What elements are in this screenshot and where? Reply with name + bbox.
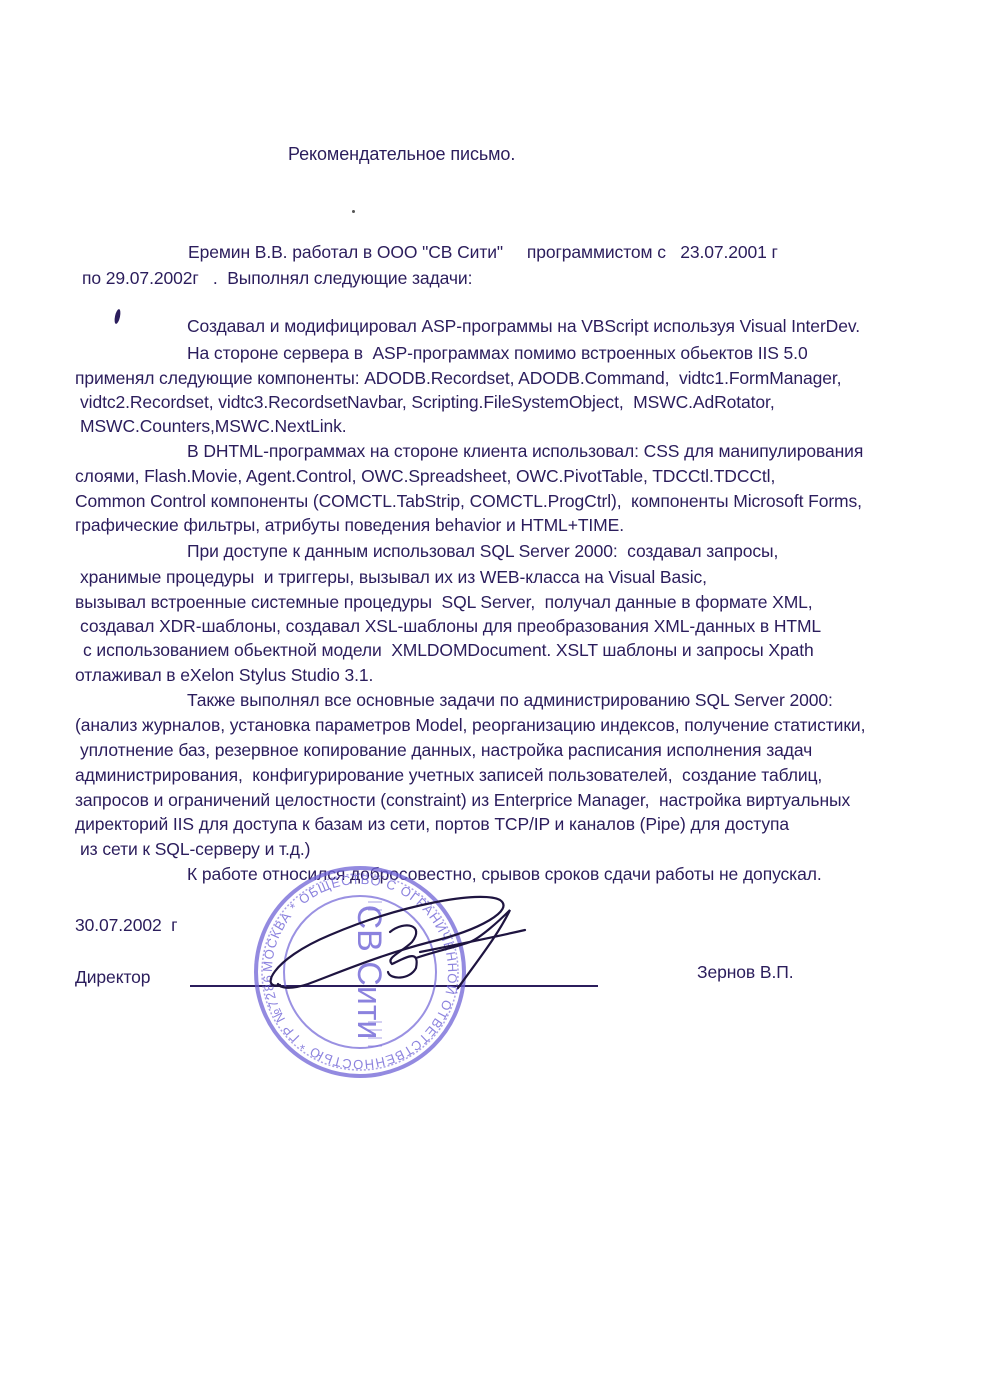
paragraph-line: применял следующие компоненты: ADODB.Rec… (75, 368, 841, 389)
intro-line-2: по 29.07.2002г . Выполнял следующие зада… (82, 268, 472, 289)
paragraph-line: На стороне сервера в ASP-программах поми… (187, 343, 808, 364)
ink-mark (113, 309, 121, 325)
paragraph-line: хранимые процедуры и триггеры, вызывал и… (80, 567, 707, 588)
intro-line-1: Еремин В.В. работал в ООО "СВ Сити" прог… (188, 242, 778, 263)
paragraph-line: В DHTML-программах на стороне клиента ис… (187, 441, 863, 462)
paragraph-line: vidtc2.Recordset, vidtc3.RecordsetNavbar… (80, 392, 775, 413)
paragraph-line: MSWC.Counters,MSWC.NextLink. (80, 416, 347, 437)
paragraph-line: При доступе к данным использовал SQL Ser… (187, 541, 778, 562)
letter-title: Рекомендательное письмо. (288, 144, 515, 165)
paragraph-line: слоями, Flash.Movie, Agent.Control, OWC.… (75, 466, 775, 487)
handwritten-signature-icon (180, 880, 600, 1010)
signatory-name: Зернов В.П. (697, 962, 793, 983)
paragraph-line: Common Control компоненты (COMCTL.TabStr… (75, 491, 862, 512)
paragraph-line: создавал XDR-шаблоны, создавал XSL-шабло… (80, 616, 821, 637)
paragraph-line: администрирования, конфигурирование учет… (75, 765, 822, 786)
paragraph-line: с использованием обьектной модели XMLDOM… (83, 640, 814, 661)
paragraph-line: Создавал и модифицировал ASP-программы н… (187, 316, 860, 337)
paragraph-line: запросов и ограничений целостности (cons… (75, 790, 850, 811)
paragraph-line: вызывал встроенные системные процедуры S… (75, 592, 813, 613)
letter-date: 30.07.2002 г (75, 915, 177, 936)
letter-page: Рекомендательное письмо. Еремин В.В. раб… (0, 0, 1000, 1400)
paragraph-line: (анализ журналов, установка параметров M… (75, 715, 865, 736)
paragraph-line: уплотнение баз, резервное копирование да… (80, 740, 812, 761)
paragraph-line: Также выполнял все основные задачи по ад… (187, 690, 833, 711)
ink-speck (352, 210, 355, 213)
paragraph-line: директорий IIS для доступа к базам из се… (75, 814, 789, 835)
paragraph-line: из сети к SQL-серверу и т.д.) (80, 839, 310, 860)
paragraph-line: графические фильтры, атрибуты поведения … (75, 515, 624, 536)
paragraph-line: отлаживал в eXelon Stylus Studio 3.1. (75, 665, 373, 686)
signatory-title: Директор (75, 967, 150, 988)
